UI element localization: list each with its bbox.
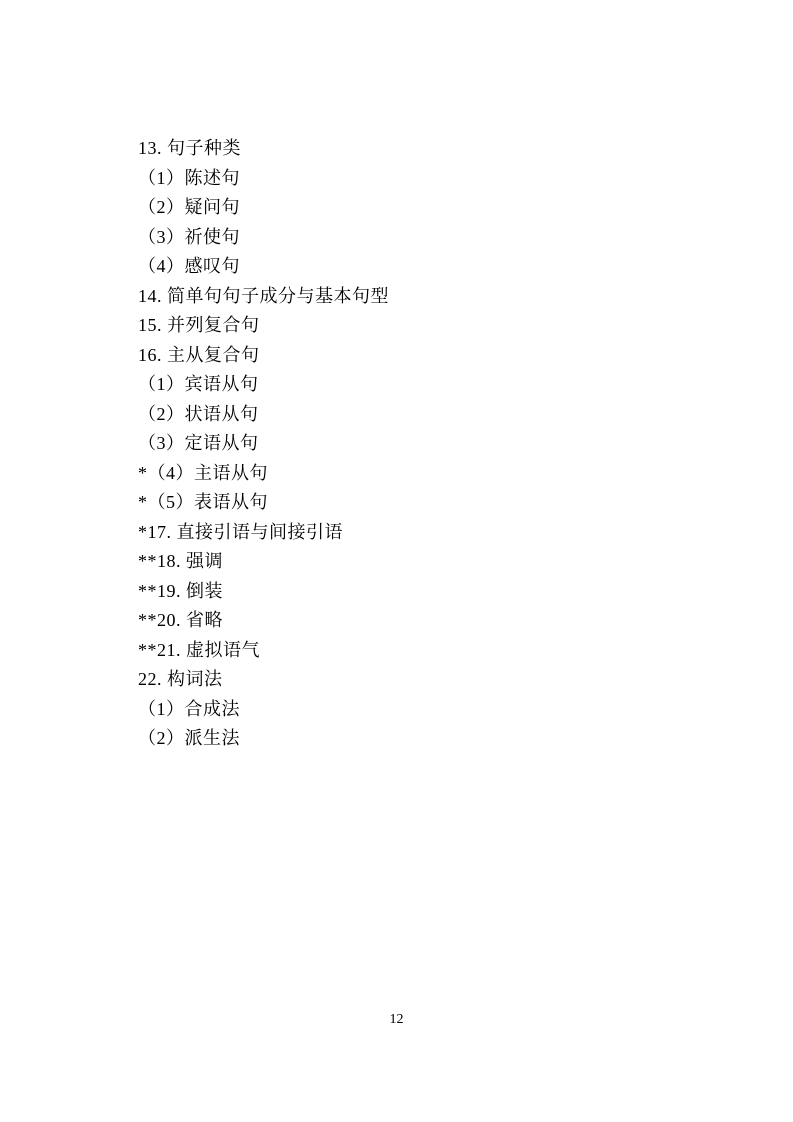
outline-item-16: 16. 主从复合句: [138, 341, 713, 371]
outline-subitem-16-3: （3）定语从句: [138, 429, 713, 459]
outline-list: 13. 句子种类 （1）陈述句 （2）疑问句 （3）祈使句 （4）感叹句 14.…: [138, 134, 713, 754]
outline-item-13: 13. 句子种类: [138, 134, 713, 164]
outline-subitem-13-4: （4）感叹句: [138, 252, 713, 282]
outline-item-22: 22. 构词法: [138, 665, 713, 695]
page-number: 12: [0, 1010, 793, 1030]
outline-subitem-16-4: *（4）主语从句: [138, 459, 713, 489]
outline-item-19: **19. 倒装: [138, 577, 713, 607]
outline-item-20: **20. 省略: [138, 606, 713, 636]
outline-subitem-16-1: （1）宾语从句: [138, 370, 713, 400]
outline-subitem-22-1: （1）合成法: [138, 695, 713, 725]
outline-item-18: **18. 强调: [138, 547, 713, 577]
outline-item-14: 14. 简单句句子成分与基本句型: [138, 282, 713, 312]
outline-subitem-13-3: （3）祈使句: [138, 223, 713, 253]
outline-subitem-13-1: （1）陈述句: [138, 164, 713, 194]
outline-subitem-16-2: （2）状语从句: [138, 400, 713, 430]
outline-item-21: **21. 虚拟语气: [138, 636, 713, 666]
outline-subitem-13-2: （2）疑问句: [138, 193, 713, 223]
document-page: 13. 句子种类 （1）陈述句 （2）疑问句 （3）祈使句 （4）感叹句 14.…: [0, 0, 793, 1122]
outline-subitem-16-5: *（5）表语从句: [138, 488, 713, 518]
outline-item-15: 15. 并列复合句: [138, 311, 713, 341]
outline-item-17: *17. 直接引语与间接引语: [138, 518, 713, 548]
outline-subitem-22-2: （2）派生法: [138, 724, 713, 754]
